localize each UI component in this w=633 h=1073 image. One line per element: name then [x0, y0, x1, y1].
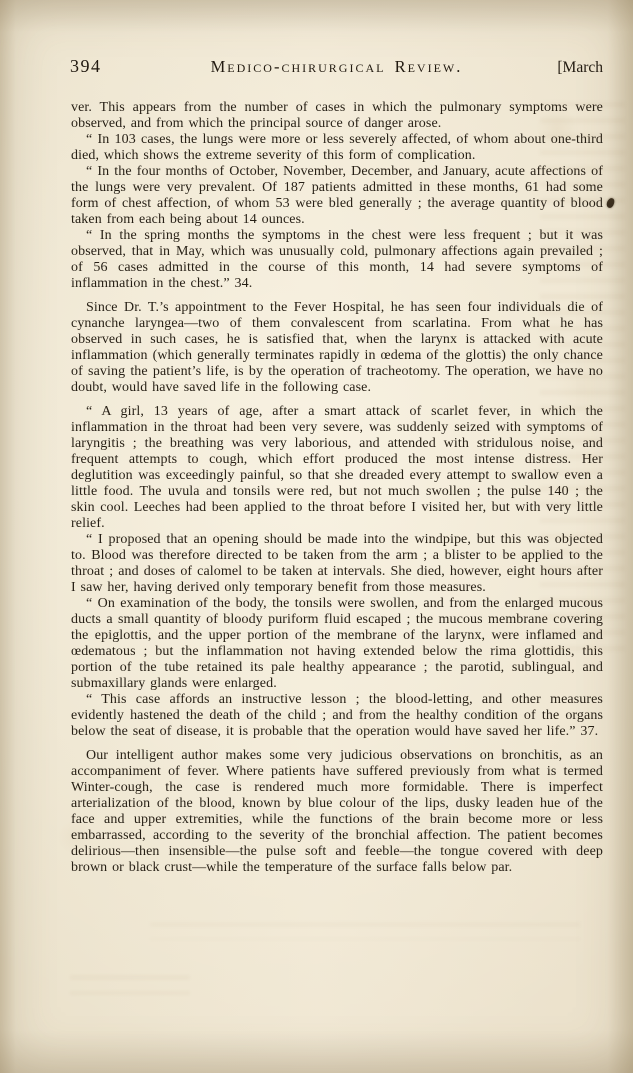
paragraph-continuation: ver. This appears from the number of cas…	[71, 100, 603, 132]
quote-paragraph-spring-months: “ In the spring months the symptoms in t…	[71, 228, 603, 292]
quote-paragraph-four-months: “ In the four months of October, Novembe…	[71, 164, 603, 228]
issue-month-label: [March	[493, 59, 603, 77]
page-body: ver. This appears from the number of cas…	[71, 100, 603, 876]
quote-paragraph-103-cases: “ In 103 cases, the lungs were more or l…	[71, 132, 603, 164]
paragraph-bronchitis: Our intelligent author makes some very j…	[71, 748, 603, 876]
quote-paragraph-windpipe: “ I proposed that an opening should be m…	[71, 532, 603, 596]
page-bleed-through	[70, 975, 190, 995]
page-bleed-through	[150, 922, 580, 940]
quote-paragraph-girl-case: “ A girl, 13 years of age, after a smart…	[71, 404, 603, 532]
page-number: 394	[70, 56, 180, 77]
quote-paragraph-instructive-lesson: “ This case affords an instructive lesso…	[71, 692, 603, 740]
quote-paragraph-examination: “ On examination of the body, the tonsil…	[71, 596, 603, 692]
ink-blot	[606, 197, 615, 208]
running-header: 394 Medico-chirurgical Review. [March	[0, 0, 633, 77]
paragraph-fever-hospital: Since Dr. T.’s appointment to the Fever …	[71, 300, 603, 396]
journal-title: Medico-chirurgical Review.	[180, 57, 493, 77]
page-scan: 394 Medico-chirurgical Review. [March ve…	[0, 0, 633, 1073]
